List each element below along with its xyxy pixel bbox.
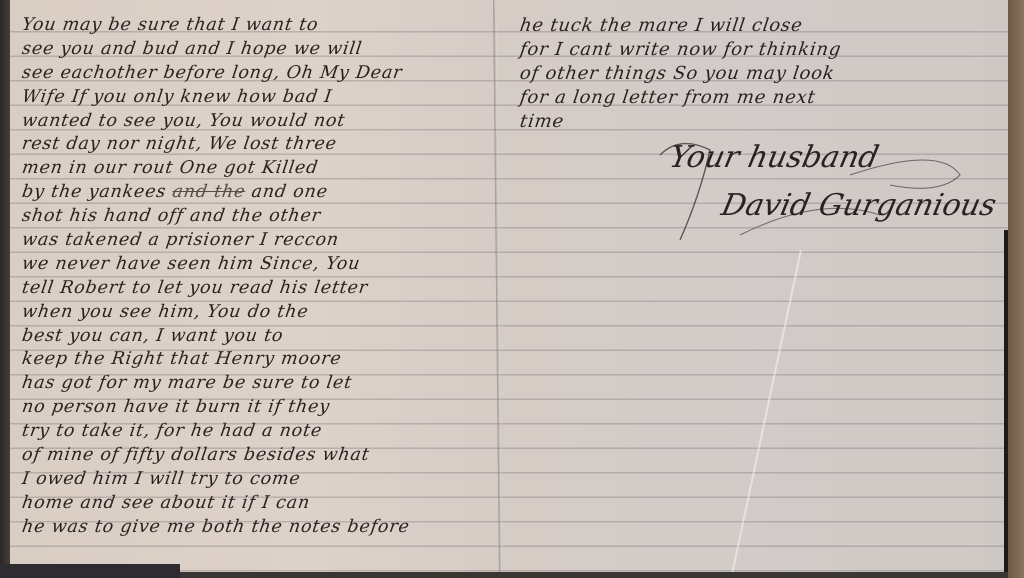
text-line: when you see him, You do the (20, 301, 508, 325)
signature: David Gurganious (718, 188, 999, 223)
text-segment: and one (250, 182, 329, 202)
text-line-with-strikeout: by the yankees and the and one (20, 181, 508, 205)
text-line: of mine of fifty dollars besides what (20, 444, 508, 468)
text-line: has got for my mare be sure to let (20, 372, 508, 396)
page-edge (1004, 230, 1008, 572)
text-line: for I cant write now for thinking (518, 38, 1001, 62)
text-line: no person have it burn it if they (20, 396, 508, 420)
text-line: You may be sure that I want to (20, 14, 508, 38)
text-line: wanted to see you, You would not (20, 110, 508, 134)
text-line: we never have seen him Since, You (20, 253, 508, 277)
left-page: You may be sure that I want to see you a… (22, 14, 507, 540)
text-line: of other things So you may look (518, 62, 1001, 86)
text-line: see eachother before long, Oh My Dear (20, 62, 508, 86)
backdrop-bottom (0, 564, 180, 578)
text-line: rest day nor night, We lost three (20, 133, 508, 157)
text-line: tell Robert to let you read his letter (20, 277, 508, 301)
right-page: he tuck the mare I will close for I cant… (520, 14, 1000, 133)
text-line: he was to give me both the notes before (20, 516, 508, 540)
text-line: was takened a prisioner I reccon (20, 229, 508, 253)
text-line: for a long letter from me next (518, 86, 1001, 110)
text-segment: by the yankees (21, 182, 168, 202)
letter-sheet: You may be sure that I want to see you a… (10, 0, 1008, 572)
backdrop-right (1008, 0, 1024, 578)
text-line: best you can, I want you to (20, 325, 508, 349)
letter-closing: Your husband (666, 140, 882, 175)
text-line: he tuck the mare I will close (518, 14, 1001, 38)
text-line: try to take it, for he had a note (20, 420, 508, 444)
text-line: men in our rout One got Killed (20, 157, 508, 181)
text-line: home and see about it if I can (20, 492, 508, 516)
text-line: time (518, 110, 1001, 134)
text-line: I owed him I will try to come (20, 468, 508, 492)
text-line: shot his hand off and the other (20, 205, 508, 229)
struck-text: and the (171, 182, 247, 202)
text-line: see you and bud and I hope we will (20, 38, 508, 62)
text-line: keep the Right that Henry moore (20, 348, 508, 372)
text-line: Wife If you only knew how bad I (20, 86, 508, 110)
